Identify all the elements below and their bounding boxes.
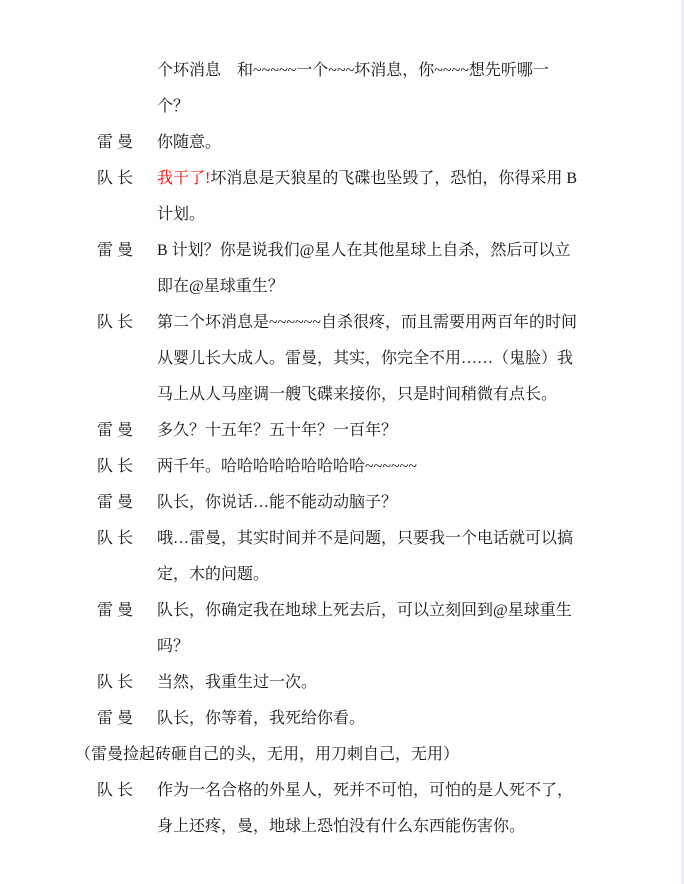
dialogue-text: 你随意。	[157, 134, 221, 151]
dialogue-text: 计划。	[157, 206, 205, 223]
script-line: 即在@星球重生？	[0, 269, 684, 305]
document-page: 个坏消息 和~~~~~一个~~~坏消息，你~~~~想先听哪一个？雷 曼你随意。队…	[0, 0, 684, 884]
speaker-label: 雷 曼	[97, 485, 157, 521]
speaker-label: 队 长	[97, 161, 157, 197]
dialogue-text: 当然，我重生过一次。	[157, 674, 317, 691]
script-line: 马上从人马座调一艘飞碟来接你，只是时间稍微有点长。	[0, 377, 684, 413]
speaker-label: 队 长	[97, 521, 157, 557]
speaker-label: 队 长	[97, 773, 157, 809]
dialogue-text: 身上还疼，曼，地球上恐怕没有什么东西能伤害你。	[157, 818, 525, 835]
speaker-label: 队 长	[97, 665, 157, 701]
dialogue-text: 坏消息是天狼星的飞碟也坠毁了，恐怕，你得采用 B	[210, 170, 577, 187]
script-line: 从婴儿长大成人。雷曼，其实，你完全不用……（鬼脸）我	[0, 341, 684, 377]
dialogue-text: 队长，你说话…能不能动动脑子？	[157, 494, 397, 511]
script-line: 队 长当然，我重生过一次。	[0, 665, 684, 701]
script-line: 个坏消息 和~~~~~一个~~~坏消息，你~~~~想先听哪一	[0, 53, 684, 89]
script-line: 队 长两千年。哈哈哈哈哈哈哈哈哈~~~~~~	[0, 449, 684, 485]
dialogue-text: 个？	[157, 98, 189, 115]
script-line: 雷 曼B 计划？你是说我们@星人在其他星球上自杀，然后可以立	[0, 233, 684, 269]
dialogue-text: 队长，你等着，我死给你看。	[157, 710, 365, 727]
speaker-label: 队 长	[97, 305, 157, 341]
speaker-label: 雷 曼	[97, 593, 157, 629]
script-line: 雷 曼你随意。	[0, 125, 684, 161]
script-line: 计划。	[0, 197, 684, 233]
speaker-label: 雷 曼	[97, 233, 157, 269]
script-line: 队 长哦…雷曼，其实时间并不是问题，只要我一个电话就可以搞	[0, 521, 684, 557]
dialogue-text: 定，木的问题。	[157, 566, 269, 583]
script-line: 定，木的问题。	[0, 557, 684, 593]
stage-direction-text: （雷曼捡起砖砸自己的头，无用，用刀刺自己，无用）	[75, 746, 459, 763]
dialogue-text: 哦…雷曼，其实时间并不是问题，只要我一个电话就可以搞	[157, 530, 573, 547]
dialogue-text: 多久？十五年？五十年？一百年？	[157, 422, 397, 439]
script-line: 雷 曼队长，你说话…能不能动动脑子？	[0, 485, 684, 521]
script-line: 雷 曼多久？十五年？五十年？一百年？	[0, 413, 684, 449]
dialogue-text: 从婴儿长大成人。雷曼，其实，你完全不用……（鬼脸）我	[157, 350, 573, 367]
dialogue-text: 吗？	[157, 638, 189, 655]
dialogue-text: B 计划？你是说我们@星人在其他星球上自杀，然后可以立	[157, 242, 570, 259]
dialogue-text: 作为一名合格的外星人，死并不可怕，可怕的是人死不了，	[157, 782, 573, 799]
speaker-label: 队 长	[97, 449, 157, 485]
dialogue-text: 两千年。哈哈哈哈哈哈哈哈哈~~~~~~	[157, 458, 417, 475]
script-line: 队 长第二个坏消息是~~~~~~自杀很疼，而且需要用两百年的时间	[0, 305, 684, 341]
script-line: 雷 曼队长，你等着，我死给你看。	[0, 701, 684, 737]
speaker-label: 雷 曼	[97, 701, 157, 737]
dialogue-text: 第二个坏消息是~~~~~~自杀很疼，而且需要用两百年的时间	[157, 314, 577, 331]
script-line: （雷曼捡起砖砸自己的头，无用，用刀刺自己，无用）	[0, 737, 684, 773]
dialogue-text: 个坏消息 和~~~~~一个~~~坏消息，你~~~~想先听哪一	[157, 62, 549, 79]
dialogue-text: 即在@星球重生？	[157, 278, 284, 295]
script-line: 雷 曼队长，你确定我在地球上死去后，可以立刻回到@星球重生	[0, 593, 684, 629]
script-line: 个？	[0, 89, 684, 125]
script-line: 队 长我干了!坏消息是天狼星的飞碟也坠毁了，恐怕，你得采用 B	[0, 161, 684, 197]
dialogue-text: 我干了!	[157, 170, 210, 187]
script-text-block: 个坏消息 和~~~~~一个~~~坏消息，你~~~~想先听哪一个？雷 曼你随意。队…	[0, 53, 684, 845]
dialogue-text: 队长，你确定我在地球上死去后，可以立刻回到@星球重生	[157, 602, 572, 619]
speaker-label: 雷 曼	[97, 413, 157, 449]
script-line: 身上还疼，曼，地球上恐怕没有什么东西能伤害你。	[0, 809, 684, 845]
script-line: 吗？	[0, 629, 684, 665]
script-line: 队 长作为一名合格的外星人，死并不可怕，可怕的是人死不了，	[0, 773, 684, 809]
speaker-label: 雷 曼	[97, 125, 157, 161]
dialogue-text: 马上从人马座调一艘飞碟来接你，只是时间稍微有点长。	[157, 386, 557, 403]
